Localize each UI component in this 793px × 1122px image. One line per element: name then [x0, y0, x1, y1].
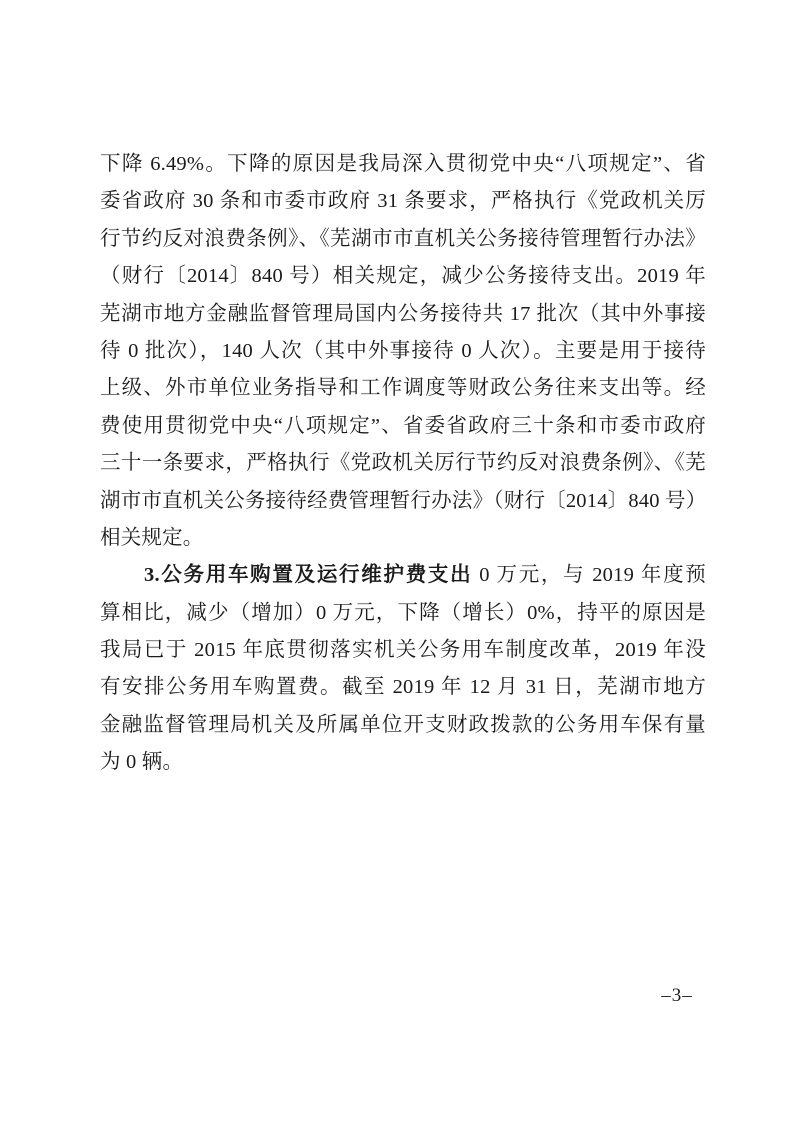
line-text: 下降 6.49%。下降的原因是我局深入贯彻党中央“八项规定”、省 [100, 153, 706, 175]
document-line: 湖市市直机关公务接待经费管理暂行办法》（财行〔2014〕840 号） [100, 483, 706, 520]
line-text: 待 0 批次），140 人次（其中外事接待 0 人次）。主要是用于接待 [100, 340, 706, 362]
document-page: 下降 6.49%。下降的原因是我局深入贯彻党中央“八项规定”、省 委省政府 30… [0, 0, 793, 1122]
document-line: 相关规定。 [100, 520, 706, 557]
line-text: 为 0 辆。 [100, 751, 183, 773]
line-text: （财行〔2014〕840 号）相关规定，减少公务接待支出。2019 年 [100, 265, 706, 287]
page-number: –3– [645, 985, 709, 1007]
line-text: 委省政府 30 条和市委市政府 31 条要求，严格执行《党政机关厉 [100, 190, 706, 212]
document-line: 费使用贯彻党中央“八项规定”、省委省政府三十条和市委市政府 [100, 408, 706, 445]
document-line: 行节约反对浪费条例》、《芜湖市市直机关公务接待管理暂行办法》 [100, 221, 706, 258]
document-line: 芜湖市地方金融监督管理局国内公务接待共 17 批次（其中外事接 [100, 296, 706, 333]
heading-bold-text: 3.公务用车购置及运行维护费支出 [144, 564, 472, 586]
line-text: 三十一条要求，严格执行《党政机关厉行节约反对浪费条例》、《芜 [100, 452, 706, 474]
line-text: 湖市市直机关公务接待经费管理暂行办法》（财行〔2014〕840 号） [100, 490, 706, 512]
line-text: 0 万元，与 2019 年度预 [472, 564, 706, 586]
document-line: 待 0 批次），140 人次（其中外事接待 0 人次）。主要是用于接待 [100, 333, 706, 370]
line-text: 算相比，减少（增加）0 万元，下降（增长）0%，持平的原因是 [100, 602, 706, 624]
document-line: （财行〔2014〕840 号）相关规定，减少公务接待支出。2019 年 [100, 258, 706, 295]
document-line: 算相比，减少（增加）0 万元，下降（增长）0%，持平的原因是 [100, 595, 706, 632]
document-line: 委省政府 30 条和市委市政府 31 条要求，严格执行《党政机关厉 [100, 183, 706, 220]
document-line: 下降 6.49%。下降的原因是我局深入贯彻党中央“八项规定”、省 [100, 146, 706, 183]
line-text: 金融监督管理局机关及所属单位开支财政拨款的公务用车保有量 [100, 714, 706, 736]
line-text: 相关规定。 [100, 527, 204, 549]
document-line-heading: 3.公务用车购置及运行维护费支出 0 万元，与 2019 年度预 [100, 557, 706, 594]
line-text: 我局已于 2015 年底贯彻落实机关公务用车制度改革，2019 年没 [100, 639, 706, 661]
document-body-text: 下降 6.49%。下降的原因是我局深入贯彻党中央“八项规定”、省 委省政府 30… [100, 146, 706, 782]
line-text: 费使用贯彻党中央“八项规定”、省委省政府三十条和市委市政府 [100, 415, 706, 437]
line-text: 行节约反对浪费条例》、《芜湖市市直机关公务接待管理暂行办法》 [100, 228, 706, 250]
document-line: 三十一条要求，严格执行《党政机关厉行节约反对浪费条例》、《芜 [100, 445, 706, 482]
line-text: 上级、外市单位业务指导和工作调度等财政公务往来支出等。经 [100, 377, 706, 399]
document-line: 有安排公务用车购置费。截至 2019 年 12 月 31 日，芜湖市地方 [100, 669, 706, 706]
document-line: 上级、外市单位业务指导和工作调度等财政公务往来支出等。经 [100, 370, 706, 407]
document-line: 我局已于 2015 年底贯彻落实机关公务用车制度改革，2019 年没 [100, 632, 706, 669]
document-line: 金融监督管理局机关及所属单位开支财政拨款的公务用车保有量 [100, 707, 706, 744]
line-text: 有安排公务用车购置费。截至 2019 年 12 月 31 日，芜湖市地方 [100, 676, 706, 698]
document-line: 为 0 辆。 [100, 744, 706, 781]
line-text: 芜湖市地方金融监督管理局国内公务接待共 17 批次（其中外事接 [100, 303, 706, 325]
